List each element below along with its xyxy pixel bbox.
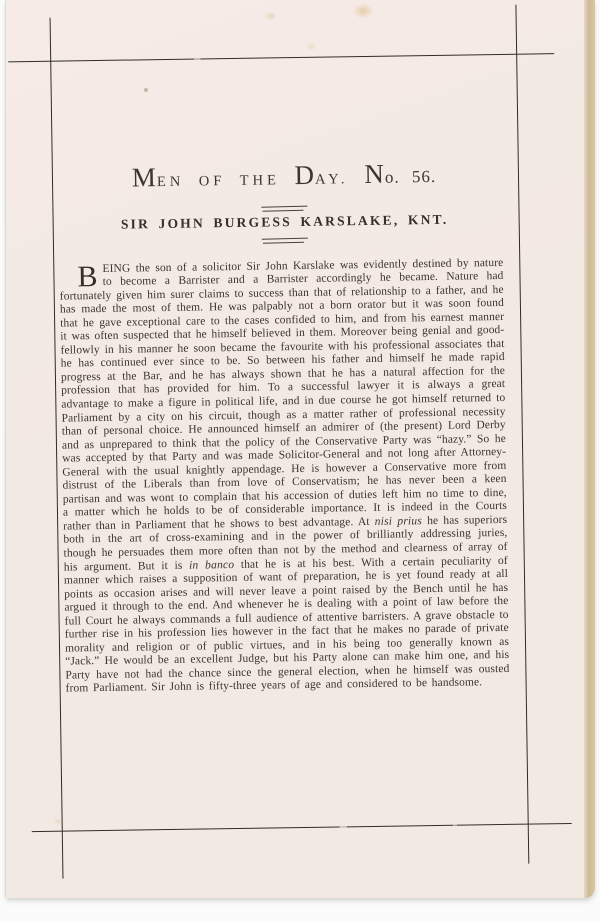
drop-cap: B [77, 262, 103, 288]
masthead-initial-m: M [132, 162, 157, 192]
body-segment: EING the son of a solicitor Sir John Kar… [60, 256, 507, 532]
page-sheet: MEN OF THE DAY.No. 56. SIR JOHN BURGESS … [6, 0, 595, 898]
rule-segment [263, 210, 303, 212]
rule-segment [262, 238, 308, 240]
text-column: MEN OF THE DAY.No. 56. SIR JOHN BURGESS … [55, 0, 499, 4]
ruled-border-bottom [32, 823, 572, 832]
rule-segment [263, 242, 303, 244]
article-body: BEING the son of a solicitor Sir John Ka… [59, 256, 509, 696]
double-rule-upper [261, 206, 307, 212]
article-title: SIR JOHN BURGESS KARSLAKE, KNT. [63, 211, 507, 234]
double-rule-lower [262, 238, 308, 244]
masthead-caps: EN OF THE [157, 172, 295, 190]
ruled-border-right [515, 5, 529, 864]
ruled-border-top [8, 53, 554, 63]
masthead-caps: AY. [315, 171, 349, 187]
masthead-initial-d: D [294, 160, 315, 190]
latin-phrase-nisi-prius: nisi prius [375, 515, 422, 528]
body-segment: that he is at his best. With a certain p… [64, 554, 510, 695]
photo-background: MEN OF THE DAY.No. 56. SIR JOHN BURGESS … [0, 0, 600, 921]
tilted-print-layer: MEN OF THE DAY.No. 56. SIR JOHN BURGESS … [6, 0, 595, 898]
masthead-number: o. 56. [385, 167, 437, 187]
publication-title: MEN OF THE DAY.No. 56. [62, 157, 506, 199]
masthead-initial-n: N [364, 159, 385, 189]
latin-phrase-in-banco: in banco [189, 559, 234, 572]
rule-segment [261, 206, 307, 208]
